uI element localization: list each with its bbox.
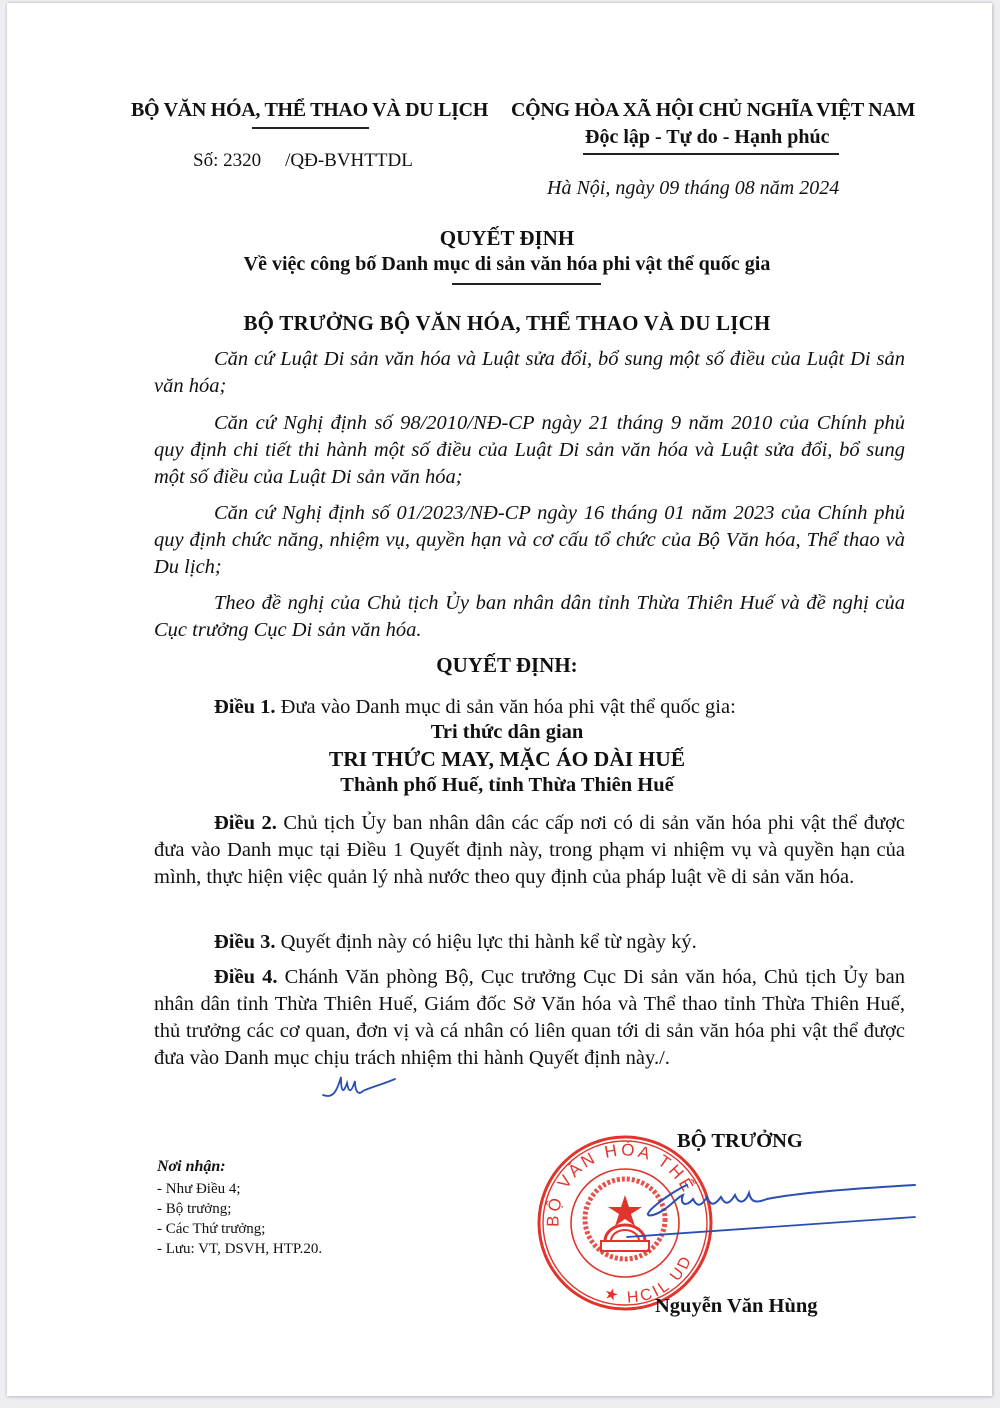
ministry-underline [252,127,369,129]
ministry-name: BỘ VĂN HÓA, THỂ THAO VÀ DU LỊCH [131,99,488,122]
article-text: Đưa vào Danh mục di sản văn hóa phi vật … [276,696,736,718]
handwritten-signature-icon [617,1173,917,1243]
heritage-location: Thành phố Huế, tỉnh Thừa Thiên Huế [7,774,1000,797]
document-number-label: Số: 2320 [193,150,261,171]
recipient-item: - Các Thứ trưởng; [157,1219,265,1239]
article-3: Điều 3. Quyết định này có hiệu lực thi h… [214,929,697,956]
place-and-date: Hà Nội, ngày 09 tháng 08 năm 2024 [547,177,839,200]
decision-heading: QUYẾT ĐỊNH: [7,653,1000,678]
heritage-name: TRI THỨC MAY, MẶC ÁO DÀI HUẾ [7,747,1000,772]
initials-mark-icon [319,1069,399,1103]
signatory-position: BỘ TRƯỞNG [677,1130,803,1153]
motto-underline [583,153,839,155]
issuing-authority: BỘ TRƯỞNG BỘ VĂN HÓA, THỂ THAO VÀ DU LỊC… [7,311,1000,336]
article-text: Quyết định này có hiệu lực thi hành kể t… [276,931,697,953]
document-title: QUYẾT ĐỊNH [7,226,1000,251]
recipient-item: - Bộ trưởng; [157,1199,231,1219]
national-motto: Độc lập - Tự do - Hạnh phúc [585,126,829,149]
heritage-category: Tri thức dân gian [7,721,1000,744]
subject-underline [452,283,601,285]
article-label: Điều 2. [214,812,277,834]
signatory-name: Nguyễn Văn Hùng [655,1295,818,1318]
country-name: CỘNG HÒA XÃ HỘI CHỦ NGHĨA VIỆT NAM [511,99,915,122]
document-number: Số: 2320/QĐ-BVHTTDL [193,150,413,172]
article-label: Điều 1. [214,696,276,718]
document-subject: Về việc công bố Danh mục di sản văn hóa … [7,253,1000,276]
recipient-item: - Như Điều 4; [157,1179,241,1199]
preamble-item: Căn cứ Luật Di sản văn hóa và Luật sửa đ… [154,346,905,400]
document-page: BỘ VĂN HÓA, THỂ THAO VÀ DU LỊCH CỘNG HÒA… [7,3,992,1396]
article-4: Điều 4. Chánh Văn phòng Bộ, Cục trưởng C… [154,964,905,1072]
article-2: Điều 2. Chủ tịch Ủy ban nhân dân các cấp… [154,810,905,891]
preamble-item: Căn cứ Nghị định số 01/2023/NĐ-CP ngày 1… [154,500,905,581]
preamble-item: Căn cứ Nghị định số 98/2010/NĐ-CP ngày 2… [154,410,905,491]
article-1: Điều 1. Đưa vào Danh mục di sản văn hóa … [214,694,736,721]
recipient-item: - Lưu: VT, DSVH, HTP.20. [157,1239,322,1259]
article-label: Điều 4. [214,966,278,988]
article-label: Điều 3. [214,931,276,953]
recipients-title: Nơi nhận: [157,1157,226,1177]
document-number-suffix: /QĐ-BVHTTDL [285,150,413,171]
preamble-item: Theo đề nghị của Chủ tịch Ủy ban nhân dâ… [154,590,905,644]
